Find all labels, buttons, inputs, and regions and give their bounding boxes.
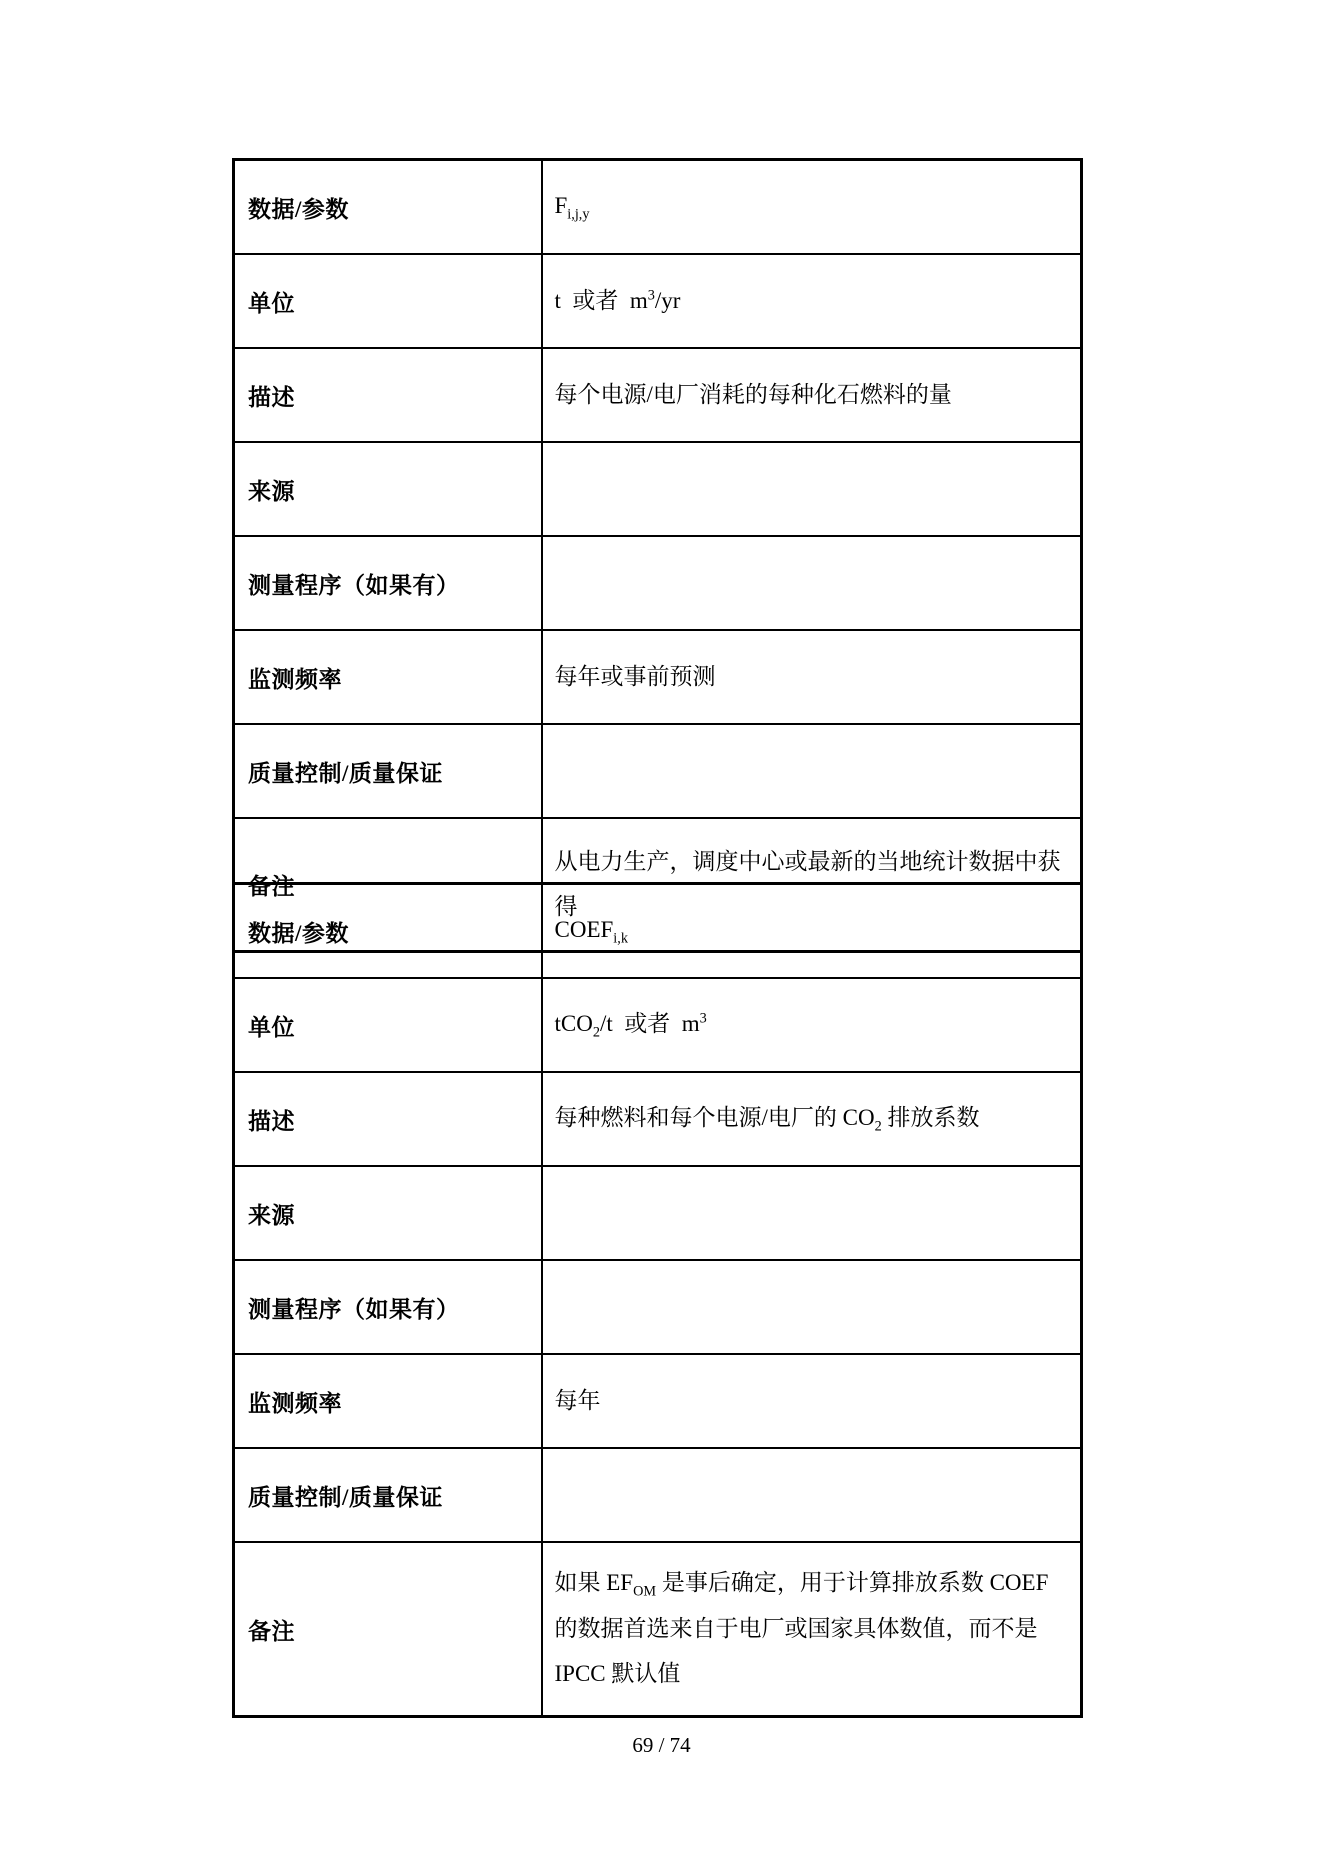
row-label: 监测频率 xyxy=(234,630,542,724)
page-number: 69 / 74 xyxy=(0,1733,1323,1758)
row-label: 质量控制/质量保证 xyxy=(234,1448,542,1542)
row-label: 数据/参数 xyxy=(234,160,542,255)
table-row: 单位 t 或者 m3/yr xyxy=(234,254,1082,348)
table-row: 质量控制/质量保证 xyxy=(234,1448,1082,1542)
row-label: 质量控制/质量保证 xyxy=(234,724,542,818)
table-row: 质量控制/质量保证 xyxy=(234,724,1082,818)
row-value: 如果 EFOM 是事后确定，用于计算排放系数 COEF 的数据首选来自于电厂或国… xyxy=(542,1542,1082,1717)
row-value: 每年或事前预测 xyxy=(542,630,1082,724)
table-row: 备注 如果 EFOM 是事后确定，用于计算排放系数 COEF 的数据首选来自于电… xyxy=(234,1542,1082,1717)
row-label: 数据/参数 xyxy=(234,884,542,979)
row-value xyxy=(542,442,1082,536)
table-row: 监测频率 每年或事前预测 xyxy=(234,630,1082,724)
row-label: 来源 xyxy=(234,442,542,536)
row-value xyxy=(542,536,1082,630)
row-label: 描述 xyxy=(234,1072,542,1166)
row-value: Fi,j,y xyxy=(542,160,1082,255)
row-value: 每种燃料和每个电源/电厂的 CO2 排放系数 xyxy=(542,1072,1082,1166)
row-label: 单位 xyxy=(234,254,542,348)
row-value: COEFi,k xyxy=(542,884,1082,979)
row-value xyxy=(542,724,1082,818)
table-row: 测量程序（如果有） xyxy=(234,1260,1082,1354)
row-value: t 或者 m3/yr xyxy=(542,254,1082,348)
parameter-table-1: 数据/参数 Fi,j,y 单位 t 或者 m3/yr 描述 每个电源/电厂消耗的… xyxy=(232,158,1083,953)
row-value xyxy=(542,1260,1082,1354)
document-page: 数据/参数 Fi,j,y 单位 t 或者 m3/yr 描述 每个电源/电厂消耗的… xyxy=(0,0,1323,1871)
table-row: 监测频率 每年 xyxy=(234,1354,1082,1448)
parameter-table-2: 数据/参数 COEFi,k 单位 tCO2/t 或者 m3 描述 每种燃料和每个… xyxy=(232,882,1083,1718)
row-label: 来源 xyxy=(234,1166,542,1260)
row-value: 每年 xyxy=(542,1354,1082,1448)
row-label: 描述 xyxy=(234,348,542,442)
row-label: 测量程序（如果有） xyxy=(234,536,542,630)
row-label: 单位 xyxy=(234,978,542,1072)
row-value: 每个电源/电厂消耗的每种化石燃料的量 xyxy=(542,348,1082,442)
row-label: 监测频率 xyxy=(234,1354,542,1448)
table-row: 数据/参数 COEFi,k xyxy=(234,884,1082,979)
row-value: tCO2/t 或者 m3 xyxy=(542,978,1082,1072)
row-label: 备注 xyxy=(234,1542,542,1717)
row-value xyxy=(542,1166,1082,1260)
table-row: 描述 每个电源/电厂消耗的每种化石燃料的量 xyxy=(234,348,1082,442)
table-row: 描述 每种燃料和每个电源/电厂的 CO2 排放系数 xyxy=(234,1072,1082,1166)
row-label: 测量程序（如果有） xyxy=(234,1260,542,1354)
table-row: 单位 tCO2/t 或者 m3 xyxy=(234,978,1082,1072)
row-value xyxy=(542,1448,1082,1542)
table-row: 来源 xyxy=(234,442,1082,536)
table-row: 数据/参数 Fi,j,y xyxy=(234,160,1082,255)
table-row: 来源 xyxy=(234,1166,1082,1260)
table-row: 测量程序（如果有） xyxy=(234,536,1082,630)
